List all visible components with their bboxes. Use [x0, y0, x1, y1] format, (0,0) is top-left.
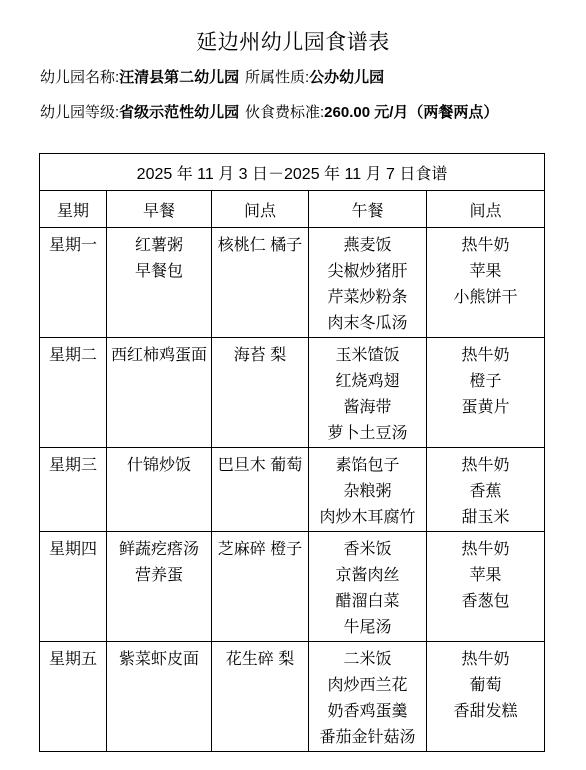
dish-item: 热牛奶 — [427, 537, 544, 563]
dish-item: 芹菜炒粉条 — [309, 285, 426, 311]
tuesday-afternoon-snack-cell: 热牛奶 橙子 蛋黄片 — [427, 338, 545, 448]
tuesday-day-cell: 星期二 — [40, 338, 107, 448]
dish-item: 萝卜土豆汤 — [309, 421, 426, 447]
field-kindergarten-grade: 幼儿园等级:省级示范性幼儿园 — [40, 104, 245, 122]
dish-item: 香米饭 — [309, 537, 426, 563]
day-label: 星期四 — [40, 537, 106, 563]
info-row-2: 幼儿园等级:省级示范性幼儿园伙食费标准:260.00 元/月（两餐两点） — [40, 104, 586, 122]
dish-item: 红薯粥 — [107, 233, 211, 259]
dish-item: 早餐包 — [107, 259, 211, 285]
header-breakfast: 早餐 — [107, 191, 212, 228]
dish-item: 西红柿鸡蛋面 — [107, 343, 211, 369]
dish-item: 玉米馇饭 — [309, 343, 426, 369]
friday-morning-snack-cell: 花生碎 梨 — [212, 642, 309, 752]
kindergarten-grade-value: 省级示范性幼儿园 — [119, 104, 239, 121]
meal-fee-label: 伙食费标准: — [245, 104, 324, 121]
dish-item: 热牛奶 — [427, 233, 544, 259]
thursday-afternoon-snack-cell: 热牛奶 苹果 香葱包 — [427, 532, 545, 642]
ownership-type-value: 公办幼儿园 — [309, 69, 384, 86]
dish-item: 甜玉米 — [427, 505, 544, 531]
dish-item: 红烧鸡翅 — [309, 369, 426, 395]
dish-item: 海苔 梨 — [212, 343, 308, 369]
wednesday-morning-snack-cell: 巴旦木 葡萄 — [212, 448, 309, 532]
dish-item: 尖椒炒猪肝 — [309, 259, 426, 285]
dish-item: 紫菜虾皮面 — [107, 647, 211, 673]
weekly-menu-table: 2025 年 11 月 3 日－2025 年 11 月 7 日食谱 星期 早餐 … — [39, 153, 545, 752]
dish-item: 热牛奶 — [427, 343, 544, 369]
wednesday-afternoon-snack-cell: 热牛奶 香蕉 甜玉米 — [427, 448, 545, 532]
wednesday-day-cell: 星期三 — [40, 448, 107, 532]
day-label: 星期三 — [40, 453, 106, 479]
table-row-friday: 星期五 紫菜虾皮面 花生碎 梨 二米饭 肉炒西兰花 奶香鸡蛋羹 番茄金针菇汤 热… — [40, 642, 545, 752]
dish-item: 杂粮粥 — [309, 479, 426, 505]
monday-morning-snack-cell: 核桃仁 橘子 — [212, 228, 309, 338]
table-row-thursday: 星期四 鲜蔬疙瘩汤 营养蛋 芝麻碎 橙子 香米饭 京酱肉丝 醋溜白菜 牛尾汤 热… — [40, 532, 545, 642]
header-row: 星期 早餐 间点 午餐 间点 — [40, 191, 545, 228]
dish-item: 香蕉 — [427, 479, 544, 505]
friday-breakfast-cell: 紫菜虾皮面 — [107, 642, 212, 752]
date-range-cell: 2025 年 11 月 3 日－2025 年 11 月 7 日食谱 — [40, 154, 545, 191]
tuesday-lunch-cell: 玉米馇饭 红烧鸡翅 酱海带 萝卜土豆汤 — [309, 338, 427, 448]
info-row-1: 幼儿园名称:汪清县第二幼儿园所属性质:公办幼儿园 — [40, 69, 586, 87]
dish-item: 香葱包 — [427, 589, 544, 615]
dish-item: 葡萄 — [427, 673, 544, 699]
dish-item: 鲜蔬疙瘩汤 — [107, 537, 211, 563]
dish-item: 核桃仁 橘子 — [212, 233, 308, 259]
dish-item: 苹果 — [427, 563, 544, 589]
table-row-tuesday: 星期二 西红柿鸡蛋面 海苔 梨 玉米馇饭 红烧鸡翅 酱海带 萝卜土豆汤 热牛奶 … — [40, 338, 545, 448]
friday-lunch-cell: 二米饭 肉炒西兰花 奶香鸡蛋羹 番茄金针菇汤 — [309, 642, 427, 752]
thursday-lunch-cell: 香米饭 京酱肉丝 醋溜白菜 牛尾汤 — [309, 532, 427, 642]
thursday-day-cell: 星期四 — [40, 532, 107, 642]
dish-item: 素馅包子 — [309, 453, 426, 479]
dish-item: 牛尾汤 — [309, 615, 426, 641]
dish-item: 奶香鸡蛋羹 — [309, 699, 426, 725]
dish-item: 京酱肉丝 — [309, 563, 426, 589]
monday-day-cell: 星期一 — [40, 228, 107, 338]
kindergarten-name-label: 幼儿园名称: — [40, 69, 119, 86]
dish-item: 香甜发糕 — [427, 699, 544, 725]
field-ownership-type: 所属性质:公办幼儿园 — [245, 69, 384, 86]
wednesday-breakfast-cell: 什锦炒饭 — [107, 448, 212, 532]
dish-item: 苹果 — [427, 259, 544, 285]
dish-item: 醋溜白菜 — [309, 589, 426, 615]
header-lunch: 午餐 — [309, 191, 427, 228]
meal-fee-value: 260.00 元/月（两餐两点） — [324, 104, 498, 121]
dish-item: 热牛奶 — [427, 647, 544, 673]
dish-item: 巴旦木 葡萄 — [212, 453, 308, 479]
ownership-type-label: 所属性质: — [245, 69, 309, 86]
dish-item: 二米饭 — [309, 647, 426, 673]
dish-item: 肉炒西兰花 — [309, 673, 426, 699]
info-section: 幼儿园名称:汪清县第二幼儿园所属性质:公办幼儿园 幼儿园等级:省级示范性幼儿园伙… — [40, 69, 586, 122]
kindergarten-grade-label: 幼儿园等级: — [40, 104, 119, 121]
thursday-morning-snack-cell: 芝麻碎 橙子 — [212, 532, 309, 642]
wednesday-lunch-cell: 素馅包子 杂粮粥 肉炒木耳腐竹 — [309, 448, 427, 532]
field-kindergarten-name: 幼儿园名称:汪清县第二幼儿园 — [40, 69, 245, 87]
kindergarten-name-value: 汪清县第二幼儿园 — [119, 69, 239, 86]
day-label: 星期二 — [40, 343, 106, 369]
friday-afternoon-snack-cell: 热牛奶 葡萄 香甜发糕 — [427, 642, 545, 752]
dish-item: 番茄金针菇汤 — [309, 725, 426, 751]
menu-document: 延边州幼儿园食谱表 幼儿园名称:汪清县第二幼儿园所属性质:公办幼儿园 幼儿园等级… — [0, 0, 586, 770]
dish-item: 芝麻碎 橙子 — [212, 537, 308, 563]
monday-afternoon-snack-cell: 热牛奶 苹果 小熊饼干 — [427, 228, 545, 338]
header-morning-snack: 间点 — [212, 191, 309, 228]
thursday-breakfast-cell: 鲜蔬疙瘩汤 营养蛋 — [107, 532, 212, 642]
dish-item: 什锦炒饭 — [107, 453, 211, 479]
dish-item: 蛋黄片 — [427, 395, 544, 421]
day-label: 星期五 — [40, 647, 106, 673]
tuesday-breakfast-cell: 西红柿鸡蛋面 — [107, 338, 212, 448]
tuesday-morning-snack-cell: 海苔 梨 — [212, 338, 309, 448]
monday-lunch-cell: 燕麦饭 尖椒炒猪肝 芹菜炒粉条 肉末冬瓜汤 — [309, 228, 427, 338]
dish-item: 酱海带 — [309, 395, 426, 421]
date-range-row: 2025 年 11 月 3 日－2025 年 11 月 7 日食谱 — [40, 154, 545, 191]
header-day: 星期 — [40, 191, 107, 228]
page-title: 延边州幼儿园食谱表 — [0, 30, 586, 56]
dish-item: 热牛奶 — [427, 453, 544, 479]
dish-item: 小熊饼干 — [427, 285, 544, 311]
friday-day-cell: 星期五 — [40, 642, 107, 752]
table-row-wednesday: 星期三 什锦炒饭 巴旦木 葡萄 素馅包子 杂粮粥 肉炒木耳腐竹 热牛奶 香蕉 甜… — [40, 448, 545, 532]
field-meal-fee: 伙食费标准:260.00 元/月（两餐两点） — [245, 104, 498, 121]
dish-item: 燕麦饭 — [309, 233, 426, 259]
dish-item: 肉末冬瓜汤 — [309, 311, 426, 337]
dish-item: 肉炒木耳腐竹 — [309, 505, 426, 531]
dish-item: 橙子 — [427, 369, 544, 395]
dish-item: 花生碎 梨 — [212, 647, 308, 673]
monday-breakfast-cell: 红薯粥 早餐包 — [107, 228, 212, 338]
dish-item: 营养蛋 — [107, 563, 211, 589]
day-label: 星期一 — [40, 233, 106, 259]
header-afternoon-snack: 间点 — [427, 191, 545, 228]
table-row-monday: 星期一 红薯粥 早餐包 核桃仁 橘子 燕麦饭 尖椒炒猪肝 芹菜炒粉条 肉末冬瓜汤… — [40, 228, 545, 338]
